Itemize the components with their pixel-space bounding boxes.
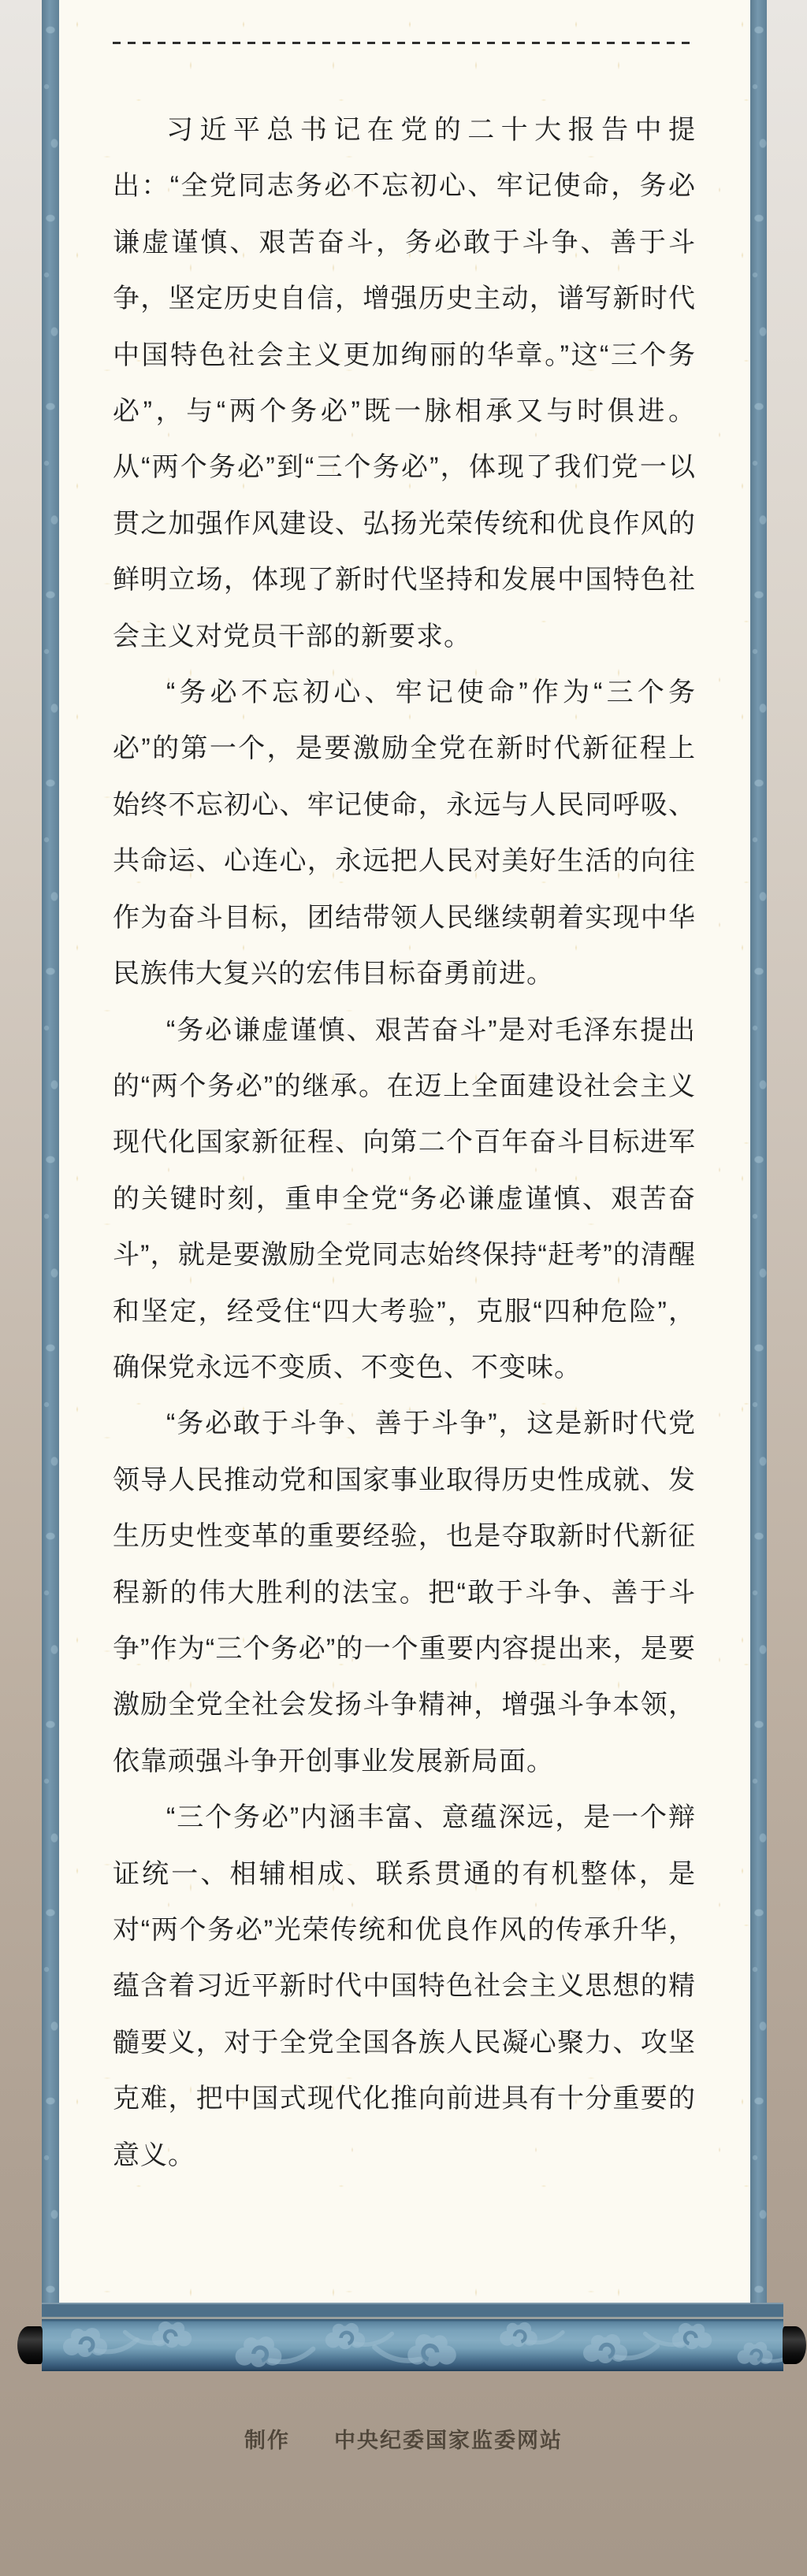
scroll-paper: 习近平总书记在党的二十大报告中提出：“全党同志务必不忘初心、牢记使命，务必谦虚谨…: [59, 0, 750, 2303]
paragraph: “务必不忘初心、牢记使命”作为“三个务必”的第一个，是要激励全党在新时代新征程上…: [113, 665, 696, 1002]
cloud-pattern: [42, 2319, 783, 2370]
roller-knob-left: [17, 2326, 43, 2364]
footer-credit: 制作中央纪委国家监委网站: [0, 2425, 807, 2456]
dashed-divider: [113, 42, 695, 44]
article: 习近平总书记在党的二十大报告中提出：“全党同志务必不忘初心、牢记使命，务必谦虚谨…: [113, 102, 696, 2184]
roller-knob-right: [783, 2326, 806, 2364]
credit-label: 制作: [244, 2429, 290, 2452]
paragraph: “务必敢于斗争、善于斗争”，这是新时代党领导人民推动党和国家事业取得历史性成就、…: [113, 1396, 696, 1790]
paragraph: “三个务必”内涵丰富、意蕴深远，是一个辩证统一、相辅相成、联系贯通的有机整体，是…: [113, 1790, 696, 2184]
paragraph: 习近平总书记在党的二十大报告中提出：“全党同志务必不忘初心、牢记使命，务必谦虚谨…: [113, 102, 696, 665]
scroll-bottom-band: [42, 2303, 783, 2317]
scroll-roller: [42, 2317, 783, 2371]
scroll-border-right: [750, 0, 767, 2303]
scroll-border-left: [42, 0, 59, 2303]
paragraph: “务必谦虚谨慎、艰苦奋斗”是对毛泽东提出的“两个务必”的继承。在迈上全面建设社会…: [113, 1003, 696, 1397]
credit-value: 中央纪委国家监委网站: [334, 2429, 563, 2452]
